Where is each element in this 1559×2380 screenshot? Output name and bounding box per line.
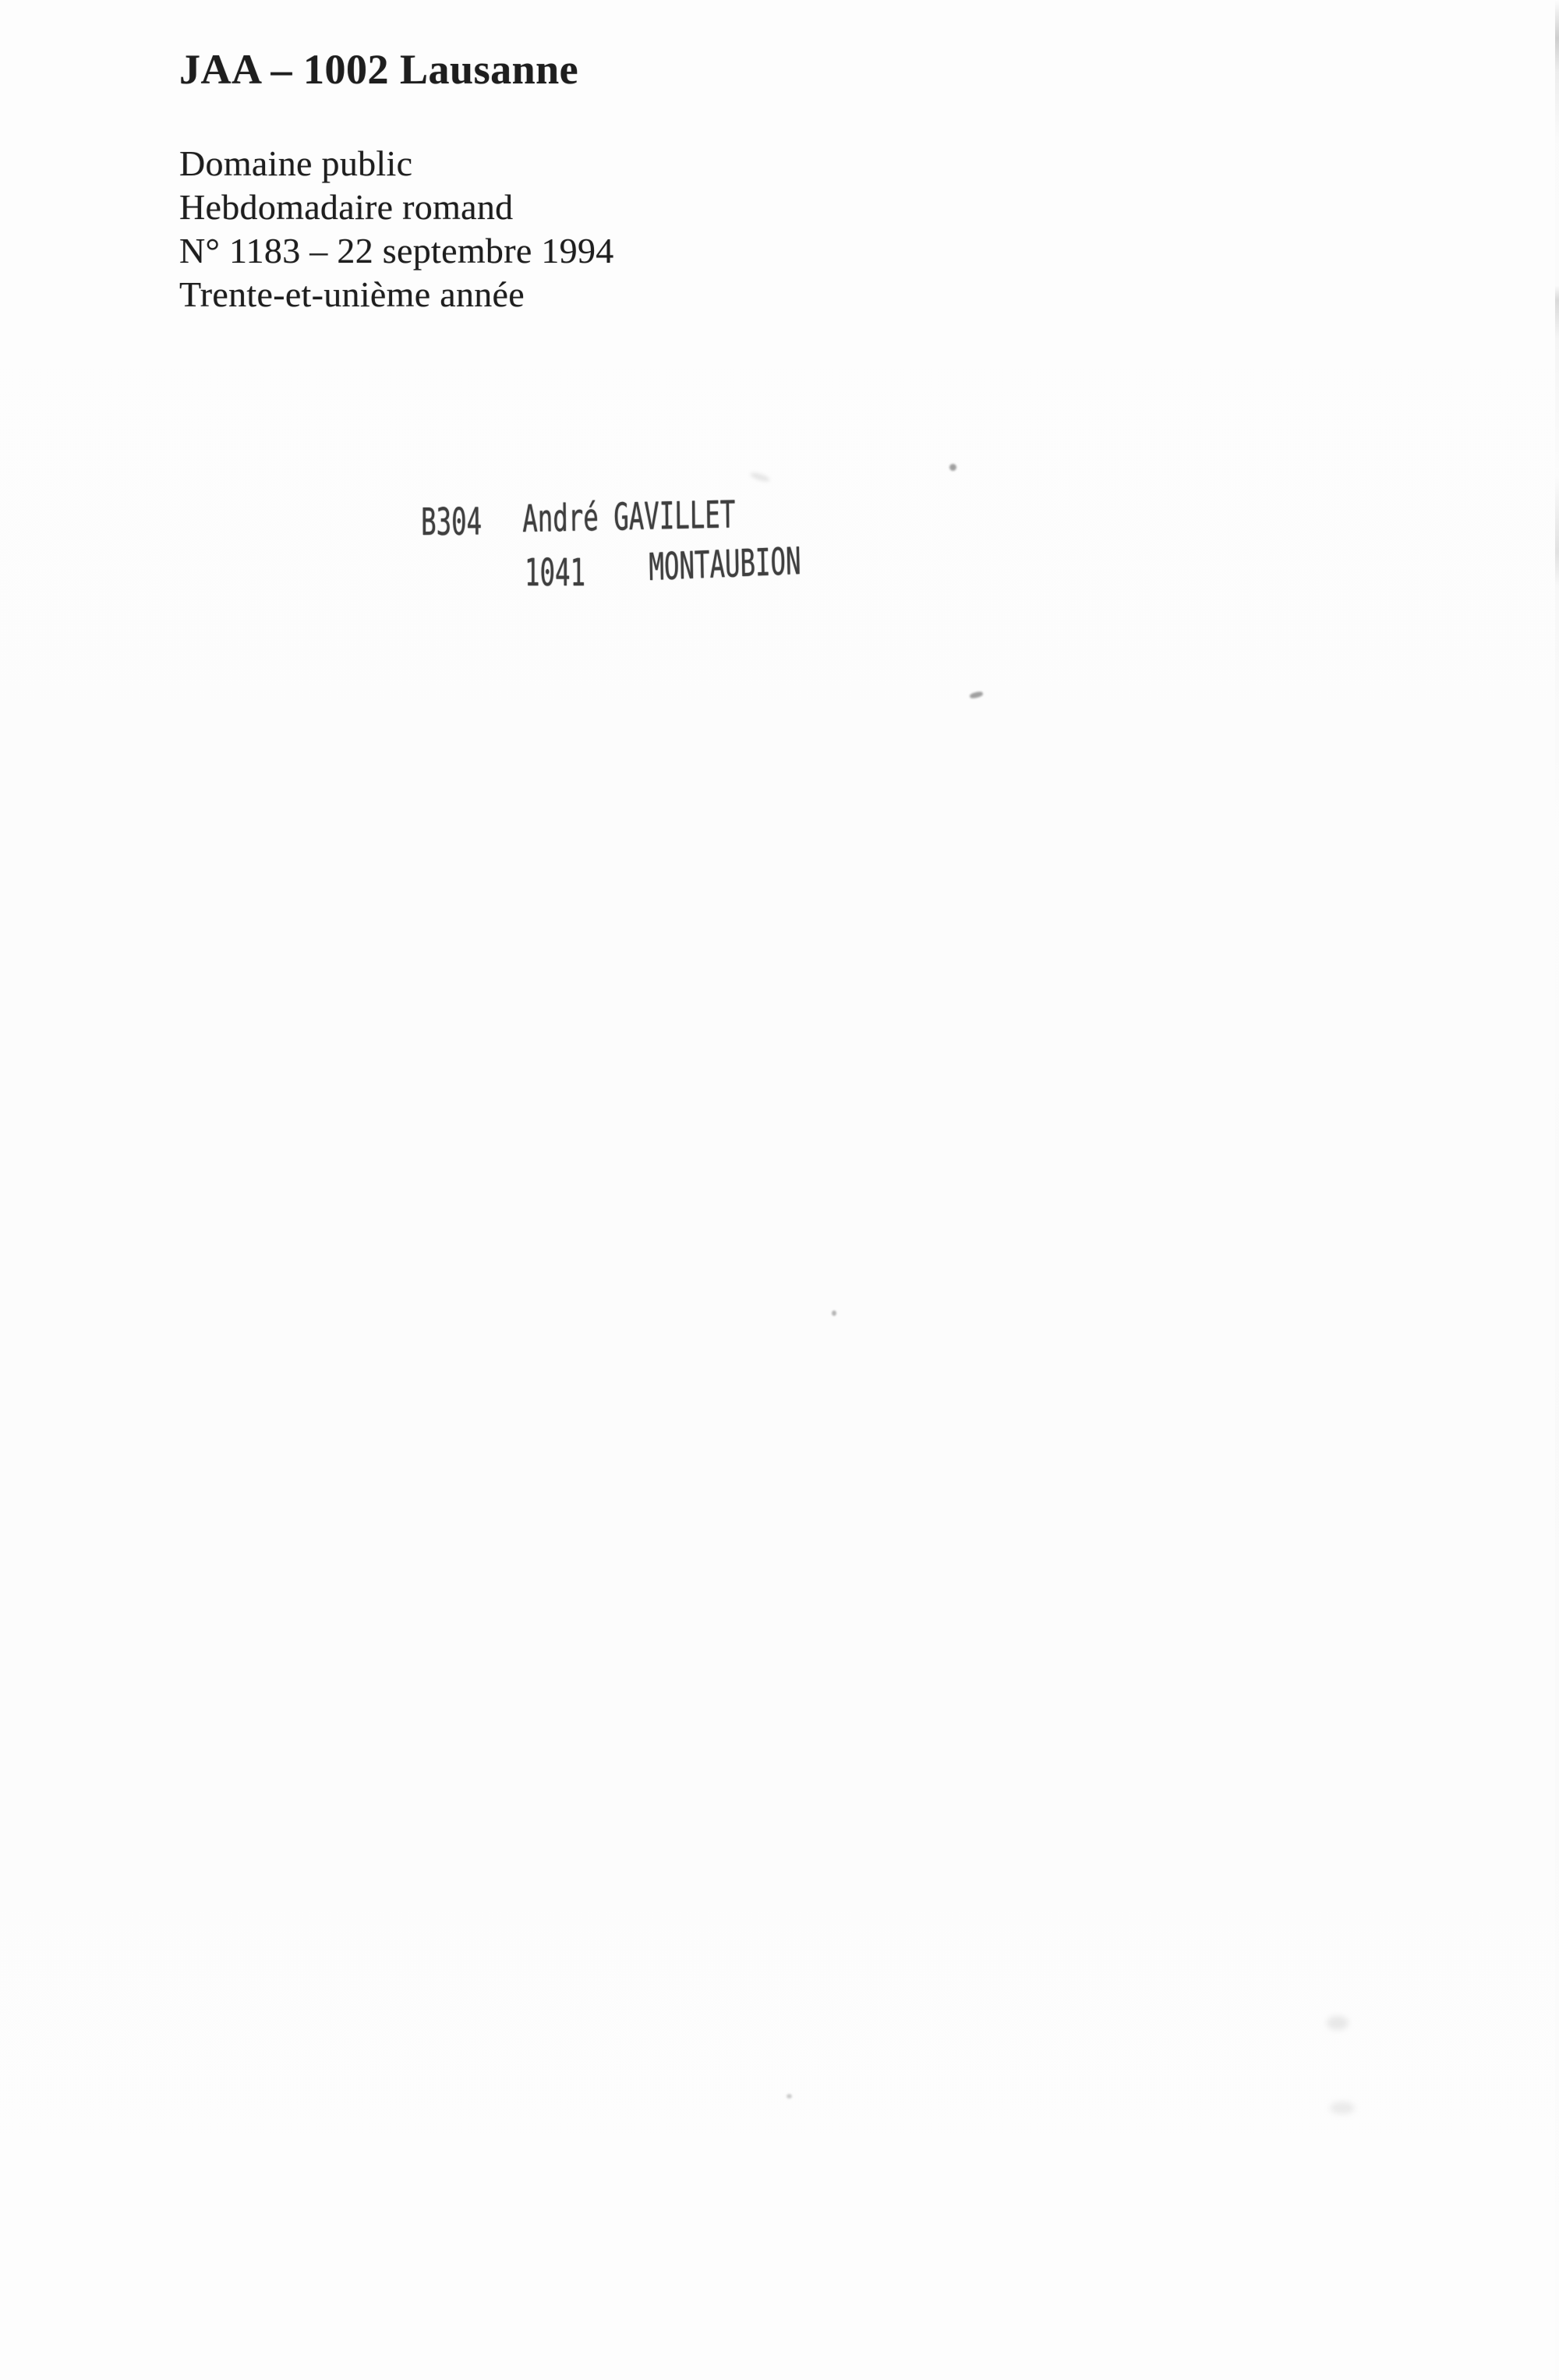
- scan-speck: [969, 691, 983, 699]
- publication-info-block: Domaine public Hebdomadaire romand N° 11…: [179, 142, 614, 317]
- scan-smudge: [1327, 2016, 1349, 2030]
- scan-smudge: [1330, 2102, 1355, 2114]
- publication-title: Domaine public: [179, 142, 614, 186]
- city-name: MONTAUBION: [649, 543, 801, 586]
- publication-year-line: Trente-et-unième année: [179, 273, 614, 317]
- subscriber-name: André GAVILLET: [522, 496, 736, 538]
- scan-edge-artifact: [1555, 0, 1559, 2380]
- scanned-document-page: JAA – 1002 Lausanne Domaine public Hebdo…: [0, 0, 1559, 2380]
- postal-permit-line: JAA – 1002 Lausanne: [179, 48, 578, 90]
- subscriber-code: B304: [421, 503, 482, 541]
- scan-speck: [949, 464, 956, 471]
- postal-code: 1041: [525, 554, 585, 592]
- issue-number-and-date: N° 1183 – 22 septembre 1994: [179, 229, 614, 273]
- scan-speck: [787, 2094, 792, 2099]
- scan-speck: [832, 1310, 836, 1316]
- publication-subtitle: Hebdomadaire romand: [179, 186, 614, 229]
- scan-smudge: [749, 471, 770, 483]
